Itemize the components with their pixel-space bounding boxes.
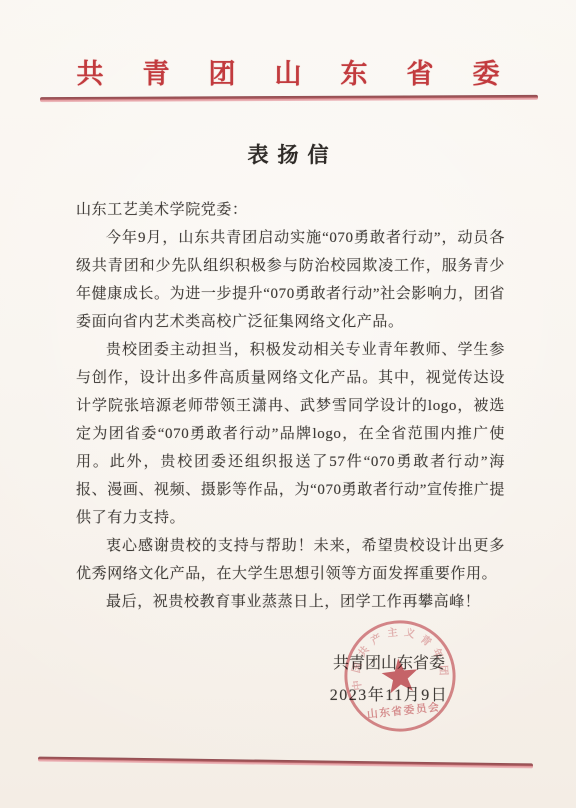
paragraph: 衷心感谢贵校的支持与帮助！未来，希望贵校设计出更多优秀网络文化产品，在大学生思想…: [76, 532, 505, 588]
signature-block: 共青团山东省委 2023年11月9日: [298, 648, 480, 712]
paragraph: 最后，祝贵校教育事业蒸蒸日上，团学工作再攀高峰！: [76, 588, 505, 616]
letter-body: 山东工艺美术学院党委： 今年9月，山东共青团启动实施“070勇敢者行动”，动员各…: [76, 196, 505, 616]
paragraph: 今年9月，山东共青团启动实施“070勇敢者行动”，动员各级共青团和少先队组织积极…: [76, 224, 505, 336]
scanned-letter-page: 共青团山东省委 表扬信 山东工艺美术学院党委： 今年9月，山东共青团启动实施“0…: [0, 0, 576, 808]
paragraph: 贵校团委主动担当，积极发动相关专业青年教师、学生参与创作，设计出多件高质量网络文…: [76, 336, 505, 532]
signature-name: 共青团山东省委: [298, 648, 480, 680]
signature-date: 2023年11月9日: [298, 680, 480, 712]
letter-title: 表扬信: [0, 139, 576, 169]
letterhead-title: 共青团山东省委: [0, 52, 576, 91]
footer-rule: [38, 757, 533, 769]
letterhead-rule: [40, 95, 538, 102]
salutation: 山东工艺美术学院党委：: [76, 196, 505, 224]
